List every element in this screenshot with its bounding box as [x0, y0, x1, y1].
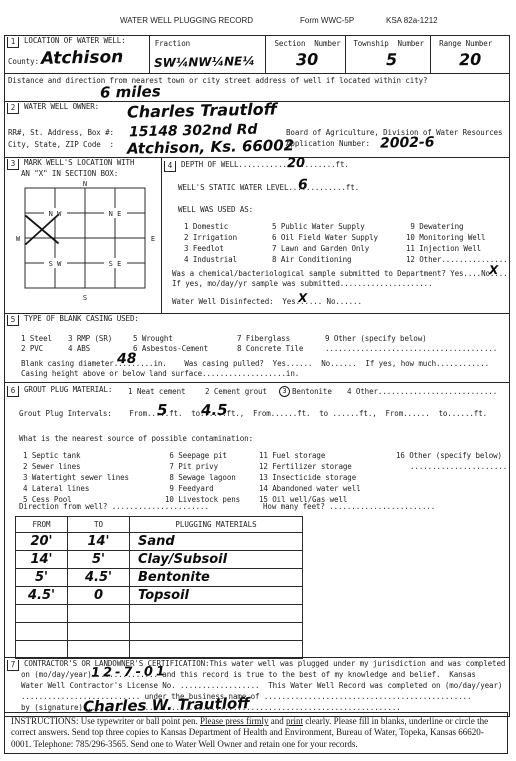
section-number-label: Section Number	[274, 40, 340, 48]
contamination-option: 11 Fuel storage	[259, 451, 396, 462]
section-box-grid: N S W E N W N E S W S E	[11, 180, 161, 310]
section1-row1: 1LOCATION OF WATER WELL: County: Atchiso…	[5, 36, 509, 73]
section-1-location: 1LOCATION OF WATER WELL: County: Atchiso…	[5, 36, 509, 101]
quadrant-se-label: S E	[109, 260, 122, 268]
plug-from-value: 20'	[30, 534, 52, 549]
owner-name-handwritten: Charles Trautloff	[127, 101, 277, 120]
plug-material-value: Clay/Subsoil	[138, 552, 227, 567]
plug-to-value: 4.5'	[85, 570, 112, 585]
section-3-4-row: 3MARK WELL'S LOCATION WITH AN "X" IN SEC…	[5, 157, 509, 313]
plug-table-row-empty	[16, 605, 303, 623]
sample-no-x-mark: X	[489, 264, 499, 276]
section-number-value-handwritten: 30	[296, 52, 319, 68]
plug-table-row: 14' 5' Clay/Subsoil	[16, 551, 303, 569]
use-option: 6 Oil Field Water Supply	[272, 233, 406, 244]
plug-table-row: 4.5' 0 Topsoil	[16, 587, 303, 605]
compass-e-label: E	[151, 235, 155, 243]
fraction-label: Fraction	[155, 40, 190, 48]
contamination-option: 14 Abandoned water well	[259, 484, 396, 495]
section-6-grout: 6GROUT PLUG MATERIAL: 1 Neat cement 2 Ce…	[5, 382, 509, 657]
range-number-cell: Range Number 20	[431, 36, 509, 73]
form-number: Form WWC-5P	[300, 16, 354, 25]
casing-option: 2 PVC	[21, 345, 43, 353]
casing-option: 9 Other (specify below)	[325, 335, 427, 343]
contamination-option: 2 Sewer lines	[23, 462, 165, 473]
instructions-text: and	[268, 716, 286, 726]
plug-table-row: 20' 14' Sand	[16, 533, 303, 551]
section3-number: 3	[7, 159, 19, 170]
casing-option: 8 Concrete Tile	[237, 345, 303, 353]
section6-title: GROUT PLUG MATERIAL:	[24, 385, 112, 394]
grout-option-1: 1 Neat cement	[128, 388, 185, 396]
contamination-option: 3 Watertight sewer lines	[23, 473, 165, 484]
county-cell: 1LOCATION OF WATER WELL: County: Atchiso…	[5, 36, 150, 73]
plug-material-value: Sand	[138, 534, 175, 549]
use-option: 10 Monitoring Well	[406, 233, 512, 244]
well-used-as-label: WELL WAS USED AS:	[178, 206, 253, 214]
form-statute: KSA 82a-1212	[386, 16, 438, 25]
section2-number: 2	[7, 103, 19, 114]
grout-intervals-line: Grout Plug Intervals: From.....ft. to...…	[19, 410, 487, 418]
section1-title: LOCATION OF WATER WELL:	[24, 36, 126, 45]
plug-col-from: FROM	[16, 517, 68, 533]
water-well-plugging-record-page: WATER WELL PLUGGING RECORD Form WWC-5P K…	[0, 0, 516, 761]
contamination-question: What is the nearest source of possible c…	[19, 435, 253, 443]
casing-diameter-line: Blank casing diameter.........in. Was ca…	[21, 360, 489, 368]
township-number-label: Township Number	[353, 40, 424, 48]
quadrant-sw-label: S W	[49, 260, 62, 268]
township-number-cell: Township Number 5	[346, 36, 431, 73]
casing-other-blank: .......................................	[325, 345, 497, 353]
section-2-owner: 2WATER WELL OWNER: Charles Trautloff RR#…	[5, 101, 509, 157]
grout-option-4: 4 Other...........................	[347, 388, 497, 396]
casing-option: 1 Steel	[21, 335, 52, 343]
plug-col-materials: PLUGGING MATERIALS	[130, 517, 303, 533]
distance-row: Distance and direction from nearest town…	[5, 73, 509, 101]
form-body: 1LOCATION OF WATER WELL: County: Atchiso…	[4, 35, 510, 717]
contamination-list: 1 Septic tank 2 Sewer lines 3 Watertight…	[23, 451, 507, 505]
distance-label: Distance and direction from nearest town…	[8, 77, 427, 85]
fraction-cell: Fraction SW¼NW¼NE¼	[150, 36, 267, 73]
distance-value-handwritten: 6 miles	[100, 84, 161, 100]
static-level-value-handwritten: 6	[298, 178, 308, 192]
plug-material-value: Bentonite	[138, 570, 210, 585]
direction-from-well-line: Direction from well? ...................…	[19, 503, 209, 511]
casing-option: 6 Asbestos-Cement	[133, 345, 208, 353]
application-number-handwritten: 2002-6	[380, 135, 435, 150]
instructions-underlined-print: print	[286, 716, 303, 726]
range-number-label: Range Number	[439, 40, 492, 48]
section-3-location-box: 3MARK WELL'S LOCATION WITH AN "X" IN SEC…	[5, 158, 162, 313]
plug-material-value: Topsoil	[138, 588, 189, 603]
section-4-well-data: 4DEPTH OF WELL......................ft. …	[162, 158, 509, 313]
casing-option: 7 Fiberglass	[237, 335, 290, 343]
section3-title-line2: AN "X" IN SECTION BOX:	[21, 170, 118, 178]
grout-option-3-circled-number: 3	[279, 386, 290, 397]
plug-from-value: 14'	[30, 552, 52, 567]
certification-line2: on (mo/day/year)............... and this…	[21, 671, 476, 679]
contamination-option: 12 Fertilizer storage	[259, 462, 396, 473]
use-option: 9 Dewatering	[406, 222, 512, 233]
plugging-materials-table: FROM TO PLUGGING MATERIALS 20' 14' Sand …	[15, 516, 303, 659]
casing-diameter-handwritten: 48	[117, 352, 137, 366]
casing-option: 3 RMP (SR)	[68, 335, 112, 343]
use-option: 5 Public Water Supply	[272, 222, 406, 233]
disinfected-line: Water Well Disinfected: Yes...... No....…	[172, 298, 362, 306]
plug-to-value: 0	[94, 588, 103, 603]
section2-title: WATER WELL OWNER:	[24, 102, 99, 111]
instructions-box: INSTRUCTIONS: Use typewriter or ball poi…	[4, 712, 508, 754]
grout-to-handwritten: 4.5	[201, 403, 228, 419]
compass-w-label: W	[16, 235, 21, 243]
application-number-label: Application Number:	[286, 140, 370, 148]
how-many-feet-line: How many feet? ........................	[263, 503, 435, 511]
section-7-certification: 7CONTRACTOR'S OR LANDOWNER'S CERTIFICATI…	[5, 657, 509, 716]
plug-col-to: TO	[68, 517, 130, 533]
certification-line3: Water Well Contractor's License No. ....…	[21, 682, 502, 690]
plug-from-value: 4.5'	[28, 588, 55, 603]
plug-from-value: 5'	[35, 570, 48, 585]
casing-option: 5 Wrought	[133, 335, 173, 343]
well-uses-list: 1 Domestic 2 Irrigation 3 Feedlot 4 Indu…	[184, 222, 512, 266]
grout-from-handwritten: 5	[157, 403, 168, 418]
use-option: 11 Injection Well	[406, 244, 512, 255]
fraction-value-handwritten: SW¼NW¼NE¼	[154, 55, 255, 69]
section1-number: 1	[7, 37, 19, 48]
use-option: 1 Domestic	[184, 222, 272, 233]
section-5-casing: 5TYPE OF BLANK CASING USED: 1 Steel 3 RM…	[5, 313, 509, 382]
use-option: 7 Lawn and Garden Only	[272, 244, 406, 255]
owner-city-handwritten: Atchison, Ks. 66002	[127, 138, 294, 156]
section6-number: 6	[7, 386, 19, 397]
county-value-handwritten: Atchison	[41, 49, 124, 68]
plug-to-value: 14'	[87, 534, 109, 549]
contamination-option: 4 Lateral lines	[23, 484, 165, 495]
contamination-option: 13 Insecticide storage	[259, 473, 396, 484]
sample-date-line: If yes, mo/day/yr sample was submitted..…	[172, 280, 433, 288]
use-option: 4 Industrial	[184, 255, 272, 266]
well-location-x-mark	[26, 215, 58, 244]
casing-height-line: Casing height above or below land surfac…	[21, 370, 299, 378]
sample-submitted-line: Was a chemical/bacteriological sample su…	[172, 270, 508, 278]
contamination-option: 7 Pit privy	[165, 462, 259, 473]
instructions-underlined-press-firmly: Please press firmly	[200, 716, 268, 726]
use-option: 8 Air Conditioning	[272, 255, 406, 266]
depth-value-handwritten: 20	[287, 157, 305, 170]
plug-table-row-empty	[16, 641, 303, 659]
owner-city-label: City, State, ZIP Code :	[8, 141, 114, 149]
owner-address-label: RR#, St. Address, Box #:	[8, 129, 114, 137]
grout-option-2: 2 Cement grout	[205, 388, 267, 396]
contamination-option: 8 Sewage lagoon	[165, 473, 259, 484]
contamination-option: 9 Feedyard	[165, 484, 259, 495]
section5-title: TYPE OF BLANK CASING USED:	[24, 314, 139, 323]
use-option: 3 Feedlot	[184, 244, 272, 255]
casing-option: 4 ABS	[68, 345, 90, 353]
section3-title-line1: MARK WELL'S LOCATION WITH	[24, 158, 134, 167]
section4-number: 4	[164, 161, 176, 172]
range-number-value-handwritten: 20	[459, 52, 482, 68]
completion-date-handwritten: 12-7-01	[91, 665, 168, 680]
section-number-cell: Section Number 30	[266, 36, 346, 73]
disinfected-yes-x-mark: X	[298, 292, 308, 304]
plug-table-row: 5' 4.5' Bentonite	[16, 569, 303, 587]
use-option: 2 Irrigation	[184, 233, 272, 244]
form-title: WATER WELL PLUGGING RECORD	[120, 16, 253, 25]
compass-s-label: S	[83, 294, 87, 302]
grout-option-3-label: Bentonite	[292, 388, 332, 396]
contamination-option: 6 Seepage pit	[165, 451, 259, 462]
compass-n-label: N	[83, 180, 87, 188]
quadrant-ne-label: N E	[109, 210, 122, 218]
contamination-other-blank: ......................	[396, 462, 507, 473]
county-label: County:	[8, 58, 39, 66]
plug-table-header-row: FROM TO PLUGGING MATERIALS	[16, 517, 303, 533]
plug-to-value: 5'	[92, 552, 105, 567]
plug-table-row-empty	[16, 623, 303, 641]
contamination-option: 16 Other (specify below)	[396, 451, 507, 462]
section5-number: 5	[7, 315, 19, 326]
static-water-level-line: WELL'S STATIC WATER LEVEL.............ft…	[178, 184, 359, 192]
contamination-option: 1 Septic tank	[23, 451, 165, 462]
section7-number: 7	[7, 660, 19, 671]
instructions-text: INSTRUCTIONS: Use typewriter or ball poi…	[11, 716, 200, 726]
depth-of-well-line: DEPTH OF WELL......................ft.	[181, 160, 349, 169]
township-number-value-handwritten: 5	[386, 52, 397, 68]
